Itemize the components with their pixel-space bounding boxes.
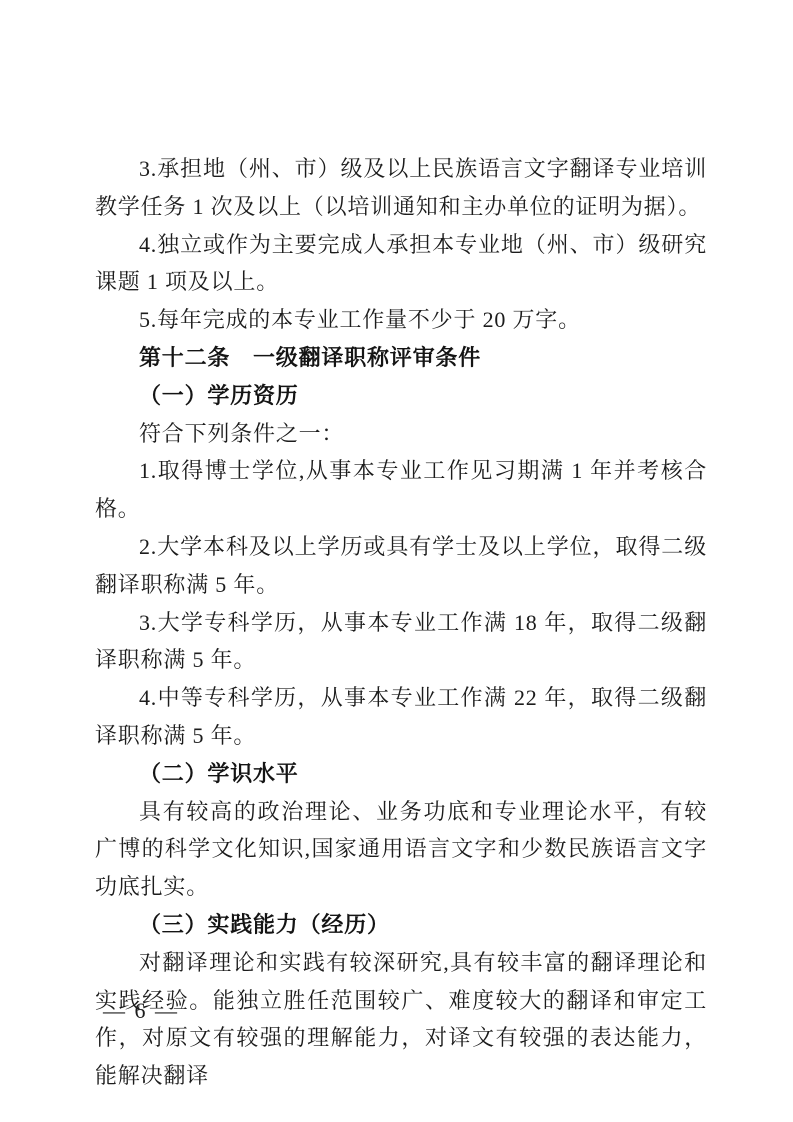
document-page: 3.承担地（州、市）级及以上民族语言文字翻译专业培训教学任务 1 次及以上（以培… [0, 0, 793, 1122]
paragraph-condition-3-college: 3.大学专科学历，从事本专业工作满 18 年，取得二级翻译职称满 5 年。 [95, 604, 707, 680]
paragraph-conditions-intro: 符合下列条件之一： [95, 415, 707, 453]
section-2-heading-knowledge: （二）学识水平 [95, 755, 707, 793]
paragraph-item-3-training-tasks: 3.承担地（州、市）级及以上民族语言文字翻译专业培训教学任务 1 次及以上（以培… [95, 150, 707, 226]
document-body: 3.承担地（州、市）级及以上民族语言文字翻译专业培训教学任务 1 次及以上（以培… [95, 150, 707, 1095]
section-1-heading-education: （一）学历资历 [95, 377, 707, 415]
article-12-heading: 第十二条 一级翻译职称评审条件 [95, 339, 707, 377]
paragraph-condition-4-secondary: 4.中等专科学历，从事本专业工作满 22 年，取得二级翻译职称满 5 年。 [95, 679, 707, 755]
section-3-heading-practice: （三）实践能力（经历） [95, 906, 707, 944]
paragraph-item-5-annual-workload: 5.每年完成的本专业工作量不少于 20 万字。 [95, 301, 707, 339]
paragraph-item-4-research-topics: 4.独立或作为主要完成人承担本专业地（州、市）级研究课题 1 项及以上。 [95, 226, 707, 302]
page-number: — 6 — [103, 998, 179, 1024]
paragraph-condition-2-bachelor: 2.大学本科及以上学历或具有学士及以上学位，取得二级翻译职称满 5 年。 [95, 528, 707, 604]
paragraph-practice-ability: 对翻译理论和实践有较深研究,具有较丰富的翻译理论和实践经验。能独立胜任范围较广、… [95, 944, 707, 1095]
paragraph-knowledge-level: 具有较高的政治理论、业务功底和专业理论水平，有较广博的科学文化知识,国家通用语言… [95, 793, 707, 906]
paragraph-condition-1-doctorate: 1.取得博士学位,从事本专业工作见习期满 1 年并考核合格。 [95, 452, 707, 528]
